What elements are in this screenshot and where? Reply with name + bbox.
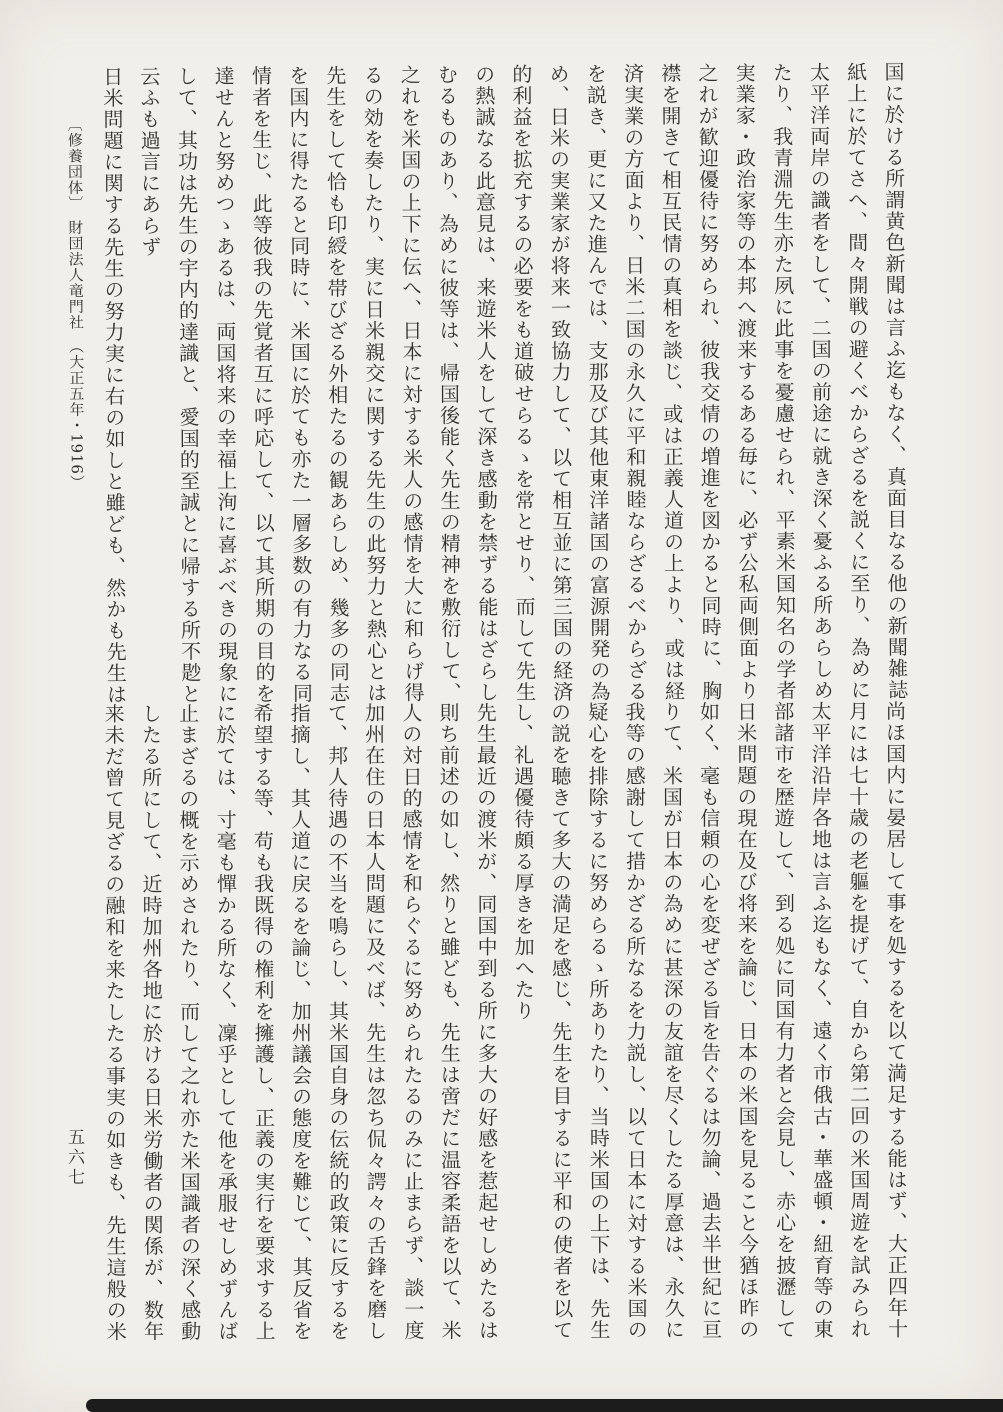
text-column: 之れを米国の上下に伝へ、日本に対する米人の感情を大に和らげ得 [390, 64, 431, 664]
text-column: りて、米国が日本の為めに甚深の友誼を尽くしたる厚意は、永久に [652, 701, 691, 1303]
text-column: を国内に得たると同時に、米国に於ても亦た一層多数の有力なる同 [279, 65, 320, 665]
text-column: に於ては、寸毫も憚かる所なく、凜乎として他を承服せしめずんば [205, 703, 244, 1305]
text-column: 日米問題に関する先生の努力実に右の如しと雖ども、然かも先生は [93, 66, 134, 666]
text-column: 太平洋沿岸各地は言ふ迄もなく、遠く市俄古・華盛頓・紐育等の東 [800, 701, 839, 1303]
text-column: 部諸市を歴遊して、到る処に同国有力者と会見し、赤心を披瀝して [763, 701, 802, 1303]
text-column: 止まざるの概を示めされたり、而して之れ亦た米国識者の深く感動 [168, 703, 207, 1305]
text-column: 尚ほ国内に晏居して事を処するを以て満足する能はず、大正四年十 [875, 701, 914, 1303]
text-column: 人の対日的感情を和らぐるに努められたるのみに止まらず、談一度 [391, 702, 430, 1304]
text-column: 済実業の方面より、日米二国の永久に平和親睦ならざるべからざる [614, 63, 655, 663]
text-column: 月には七十歳の老軀を提げて、自から第二回の米国周遊を試みられ [838, 701, 877, 1303]
text-column: し、礼遇優待頗る厚きを加へたり [503, 702, 542, 1304]
text-column: 実業家・政治家等の本邦へ渡来するある毎に、必ず公私両側面より [725, 62, 766, 662]
text-column: 先生最近の渡米が、同国中到る所に多大の好感を惹起せしめたるは [466, 702, 505, 1304]
scan-edge-artifact [86, 1399, 1003, 1412]
text-column: 希望する等、苟も我既得の権利を擁護し、正義の実行を要求する上 [242, 703, 281, 1305]
text-column: 指摘し、其人道に戻るを論じ、加州議会の態度を難じて、其反省を [279, 703, 318, 1305]
text-column: 疑心を排除するに努めらるゝ所ありたり、当時米国の上下は、先生 [577, 702, 616, 1304]
text-column: 先生をして恰も印綬を帯びざる外相たるの観あらしめ、幾多の同志 [316, 65, 357, 665]
text-column: 日米問題の現在及び将来を論じ、日本の米国を見ること今猶ほ昨の [726, 701, 765, 1303]
text-column: るの効を奏したり、実に日米親交に関する先生の此努力と熱心とは [353, 65, 394, 665]
bottom-text-block: 尚ほ国内に晏居して事を処するを以て満足する能はず、大正四年十 月には七十歳の老軀… [93, 701, 914, 1306]
text-column: て、邦人待遇の不当を鳴らし、其米国自身の伝統的政策に反するを [317, 703, 356, 1305]
text-column: 之れが歓迎優待に努められ、彼我交情の増進を図かると同時に、胸 [688, 63, 729, 663]
text-column: め、日米の実業家が将来一致協力して、以て相互並に第三国の経済 [539, 63, 580, 663]
text-column: して、其功は先生の宇内的達識と、愛国的至誠とに帰する所不尟と [167, 66, 208, 666]
page-number: 五六七 [62, 1128, 87, 1188]
text-column: 襟を開きて相互民情の真相を談じ、或は正義人道の上より、或は経 [651, 63, 692, 663]
text-column: むるものあり、為めに彼等は、帰国後能く先生の精神を敷衍して、 [428, 64, 469, 664]
text-column: 達せんと努めつゝあるは、両国将来の幸福上洵に喜ぶべきの現象に [204, 65, 245, 665]
text-column: 云ふも過言にあらず [130, 66, 171, 666]
text-column: の熱誠なる此意見は、来遊米人をして深き感動を禁ずる能はざらし [465, 64, 506, 664]
text-column: 加州在住の日本人問題に及べば、先生は忽ち侃々諤々の舌鋒を磨し [354, 702, 393, 1304]
scanned-book-page: 国に於ける所謂黄色新聞は言ふ迄もなく、真面目なる他の新聞雑誌 紙上に於てさへ、間… [0, 0, 1003, 1412]
text-column: 国に於ける所謂黄色新聞は言ふ迄もなく、真面目なる他の新聞雑誌 [874, 61, 915, 661]
text-column: 来未だ曾て見ざるの融和を来たしたる事実の如きも、先生這般の米 [93, 703, 132, 1305]
text-column: 情者を生じ、此等彼我の先覚者互に呼応して、以て其所期の目的を [242, 65, 283, 665]
text-column: の説を聴きて多大の満足を感じ、先生を目するに平和の使者を以て [540, 702, 579, 1304]
text-column: を説き、更に又た進んでは、支那及び其他東洋諸国の富源開発の為 [576, 63, 617, 663]
text-column: 則ち前述の如し、然りと雖ども、先生は啻だに温容柔語を以て、米 [428, 702, 467, 1304]
text-column: たり、我青淵先生亦た夙に此事を憂慮せられ、平素米国知名の学者 [762, 62, 803, 662]
text-column: 太平洋両岸の識者をして、二国の前途に就き深く憂ふる所あらしめ [800, 62, 841, 662]
text-column: 我等の感謝して措かざる所なるを力説し、以て日本に対する米国の [614, 701, 653, 1303]
text-column: 的利益を拡充するの必要をも道破せらるゝを常とせり、而して先生 [502, 64, 543, 664]
text-column: したる所にして、近時加州各地に於ける日米労働者の関係が、数年 [131, 703, 170, 1305]
text-column: 如く、毫も信頼の心を変ぜざる旨を告ぐるは勿論、過去半世紀に亘 [689, 701, 728, 1303]
top-text-block: 国に於ける所謂黄色新聞は言ふ迄もなく、真面目なる他の新聞雑誌 紙上に於てさへ、間… [56, 61, 915, 666]
text-column: 紙上に於てさへ、間々開戦の避くべからざるを説くに至り、為めに [837, 62, 878, 662]
source-citation: 〔修養団体〕 財団法人竜門社 （大正五年・1916） [56, 66, 97, 666]
